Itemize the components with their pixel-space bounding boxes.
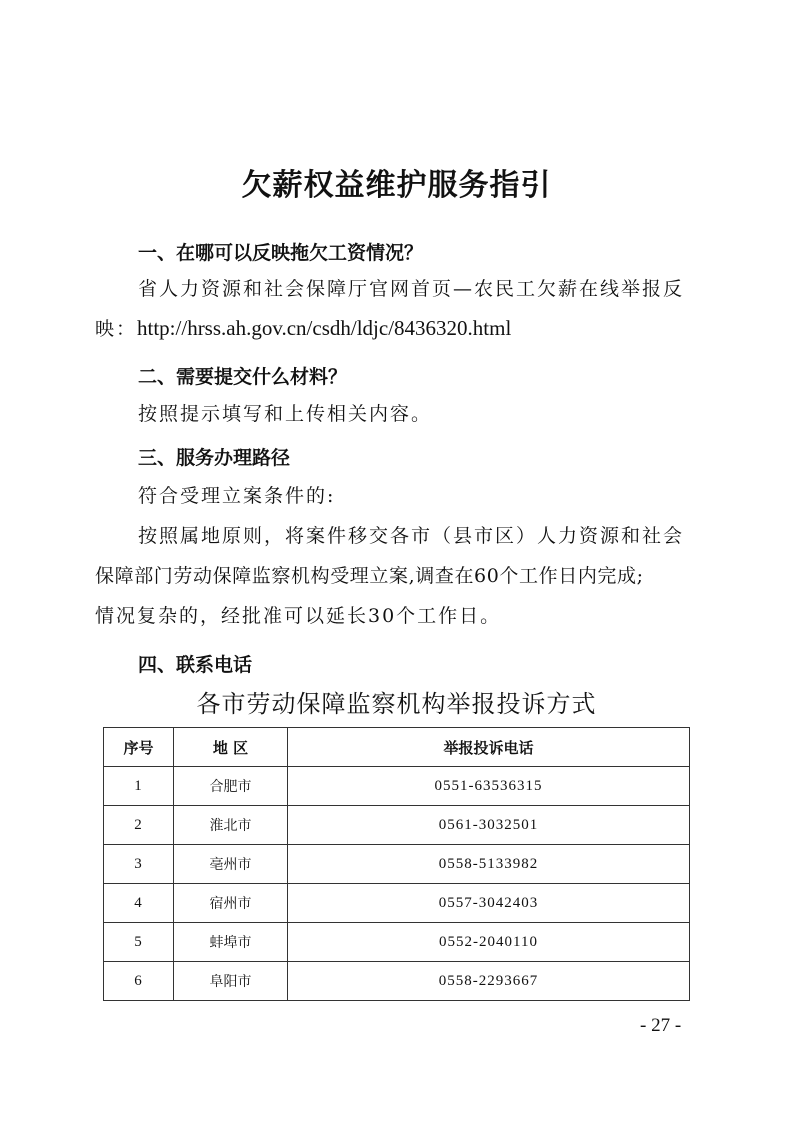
table-row: 3 亳州市 0558-5133982 [104, 845, 690, 884]
table-row: 6 阜阳市 0558-2293667 [104, 962, 690, 1001]
paragraph-line: 情况复杂的，经批准可以延长30个工作日。 [95, 601, 501, 628]
table-title: 各市劳动保障监察机构举报投诉方式 [0, 684, 793, 719]
cell-region: 合肥市 [174, 767, 288, 806]
paragraph-line: 按照属地原则，将案件移交各市（县市区）人力资源和社会 [138, 521, 684, 548]
paragraph-line: 映：http://hrss.ah.gov.cn/csdh/ldjc/843632… [95, 314, 511, 341]
contact-table: 序号 地 区 举报投诉电话 1 合肥市 0551-63536315 2 淮北市 … [103, 727, 690, 1001]
paragraph-line: 保障部门劳动保障监察机构受理立案,调查在60个工作日内完成; [95, 561, 644, 588]
cell-region: 蚌埠市 [174, 923, 288, 962]
cell-region: 亳州市 [174, 845, 288, 884]
table-row: 4 宿州市 0557-3042403 [104, 884, 690, 923]
cell-phone: 0551-63536315 [288, 767, 690, 806]
report-url-link[interactable]: http://hrss.ah.gov.cn/csdh/ldjc/8436320.… [137, 316, 511, 340]
paragraph-line: 按照提示填写和上传相关内容。 [138, 399, 432, 426]
section-heading-3: 三、服务办理路径 [138, 443, 290, 470]
cell-phone: 0557-3042403 [288, 884, 690, 923]
header-region: 地 区 [174, 728, 288, 767]
section-heading-4: 四、联系电话 [138, 650, 252, 677]
header-phone: 举报投诉电话 [288, 728, 690, 767]
section-heading-2: 二、需要提交什么材料？ [138, 362, 347, 389]
cell-no: 3 [104, 845, 174, 884]
cell-no: 5 [104, 923, 174, 962]
cell-phone: 0558-2293667 [288, 962, 690, 1001]
table-row: 1 合肥市 0551-63536315 [104, 767, 690, 806]
document-title: 欠薪权益维护服务指引 [0, 160, 793, 204]
cell-phone: 0558-5133982 [288, 845, 690, 884]
cell-no: 2 [104, 806, 174, 845]
page-number: - 27 - [640, 1015, 681, 1037]
cell-no: 6 [104, 962, 174, 1001]
document-page: 欠薪权益维护服务指引 一、在哪可以反映拖欠工资情况？ 省人力资源和社会保障厅官网… [0, 0, 793, 1122]
cell-region: 阜阳市 [174, 962, 288, 1001]
cell-region: 宿州市 [174, 884, 288, 923]
paragraph-line: 省人力资源和社会保障厅官网首页—农民工欠薪在线举报反 [138, 274, 684, 301]
table-row: 5 蚌埠市 0552-2040110 [104, 923, 690, 962]
table-row: 2 淮北市 0561-3032501 [104, 806, 690, 845]
cell-phone: 0552-2040110 [288, 923, 690, 962]
cell-region: 淮北市 [174, 806, 288, 845]
cell-phone: 0561-3032501 [288, 806, 690, 845]
section-heading-1: 一、在哪可以反映拖欠工资情况？ [138, 238, 423, 265]
header-no: 序号 [104, 728, 174, 767]
table-header-row: 序号 地 区 举报投诉电话 [104, 728, 690, 767]
paragraph-line: 符合受理立案条件的: [138, 481, 335, 508]
cell-no: 1 [104, 767, 174, 806]
paragraph-prefix: 映： [95, 318, 137, 340]
cell-no: 4 [104, 884, 174, 923]
